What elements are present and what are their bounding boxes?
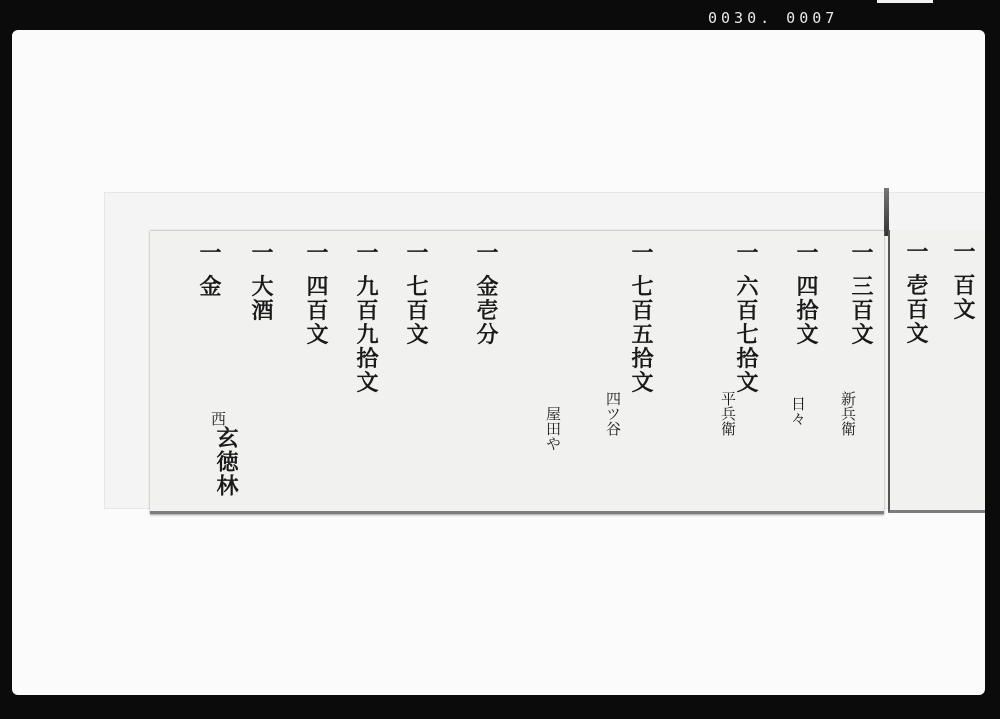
entry-column: 一 六百七拾文 bbox=[735, 241, 757, 395]
film-leader-tab bbox=[877, 0, 933, 3]
page-divider bbox=[884, 188, 889, 236]
annotation-column: 新兵衛 bbox=[840, 391, 855, 436]
entry-column: 一 金 bbox=[198, 241, 220, 299]
film-edge bbox=[985, 180, 1000, 520]
entry-column: 一 三百文 bbox=[850, 241, 872, 347]
entry-column: 一 四百文 bbox=[305, 241, 327, 347]
entry-column: 一 金壱分 bbox=[475, 241, 497, 347]
annotation-column: 四ツ谷 bbox=[605, 391, 620, 436]
entry-column: 一 七百文 bbox=[405, 241, 427, 347]
annotation-column: 日々 bbox=[790, 396, 805, 426]
annotation-column: 屋田や bbox=[545, 406, 560, 451]
annotation-column: 平兵衛 bbox=[720, 391, 735, 436]
entry-column: 一 七百五拾文 bbox=[630, 241, 652, 395]
manuscript-page: 一 三百文 一 四拾文 一 六百七拾文 一 七百五拾文 一 金壱分 一 七百文 … bbox=[150, 230, 884, 514]
adjacent-manuscript-page: 一 百文 一 壱百文 bbox=[888, 230, 987, 513]
frame-number-label: 0030. 0007 bbox=[708, 9, 838, 27]
entry-column: 一 大酒 bbox=[250, 241, 272, 323]
entry-column: 一 九百九拾文 bbox=[355, 241, 377, 395]
annotation-column: 西 bbox=[210, 411, 225, 426]
entry-column: 一 四拾文 bbox=[795, 241, 817, 347]
entry-column: 一 壱百文 bbox=[905, 240, 927, 346]
annotation-column: 玄徳林 bbox=[215, 426, 237, 498]
entry-column: 一 百文 bbox=[952, 240, 974, 322]
